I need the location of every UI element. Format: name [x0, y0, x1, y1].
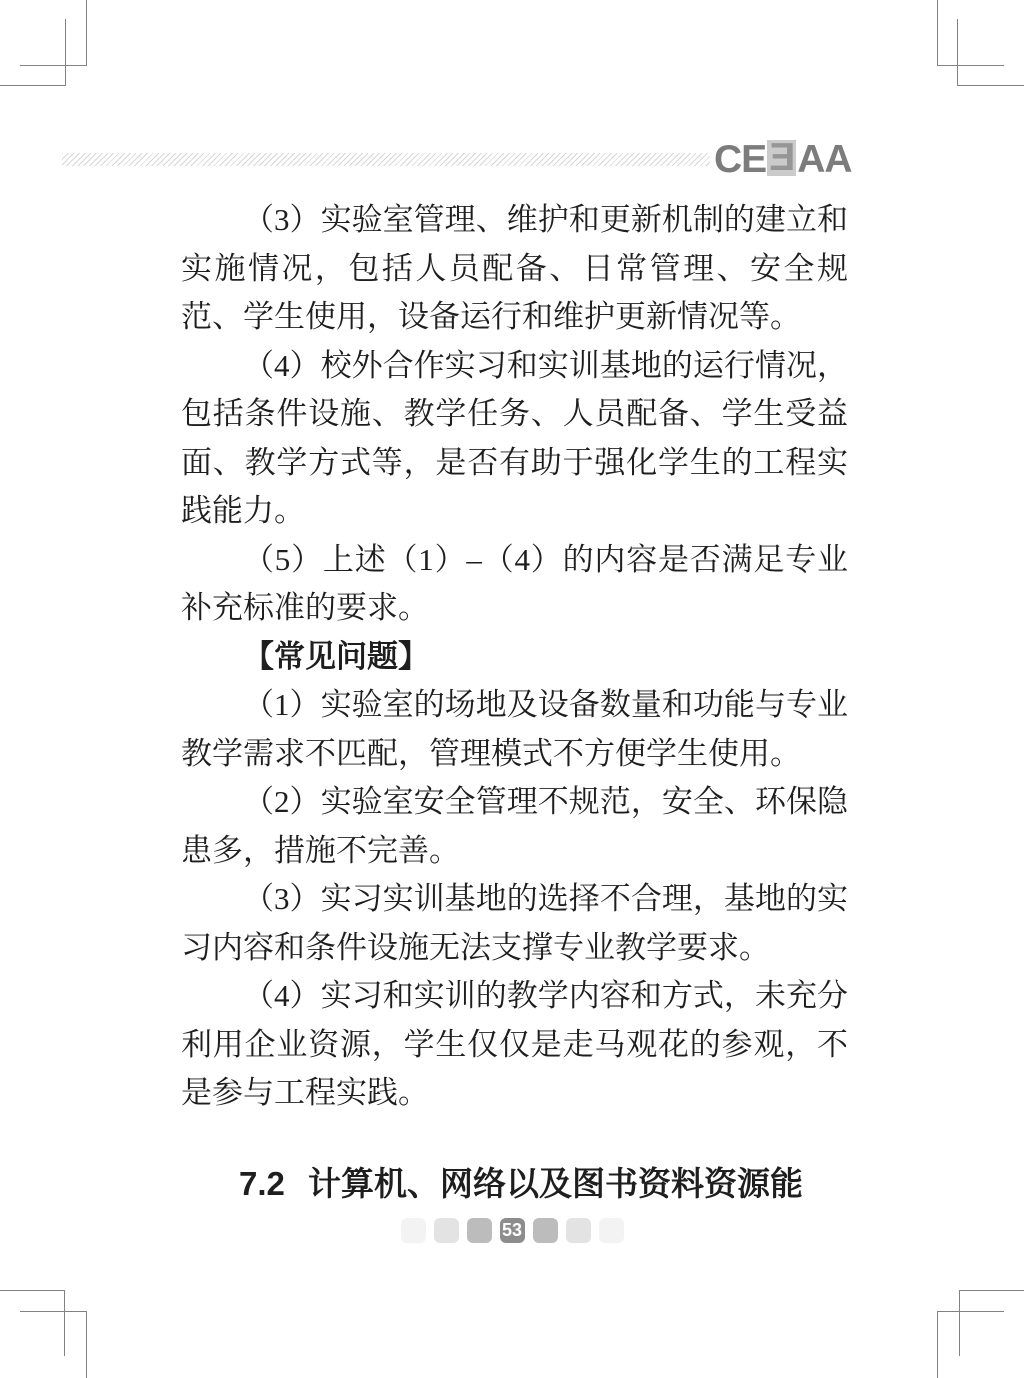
paragraph: （4）实习和实训的教学内容和方式，未充分利用企业资源，学生仅仅是走马观花的参观，…: [181, 972, 848, 1118]
document-page: CEƎAA （3）实验室管理、维护和更新机制的建立和实施情况，包括人员配备、日常…: [0, 0, 1024, 1378]
pager-square: [401, 1218, 426, 1243]
section-number: 7.2: [239, 1165, 285, 1202]
pager-square: [566, 1218, 591, 1243]
subheading-common-problems: 【常见问题】: [181, 633, 848, 682]
crop-mark-top-left-inner: [0, 19, 66, 86]
pager-square: [467, 1218, 492, 1243]
paragraph: （3）实验室管理、维护和更新机制的建立和实施情况，包括人员配备、日常管理、安全规…: [181, 196, 848, 342]
page-number-badge: 53: [500, 1218, 525, 1243]
section-title: 计算机、网络以及图书资料资源能: [308, 1165, 803, 1202]
logo-text-middle: Ǝ: [767, 140, 796, 176]
pager-square: [599, 1218, 624, 1243]
ceeaa-logo: CEƎAA: [714, 139, 854, 181]
header-hatched-rule: [62, 153, 710, 166]
pager-square: [533, 1218, 558, 1243]
section-heading-7-2: 7.2计算机、网络以及图书资料资源能: [181, 1160, 848, 1208]
page-number: 53: [502, 1220, 522, 1241]
pager-square: [434, 1218, 459, 1243]
crop-mark-top-right-inner: [957, 19, 1024, 86]
paragraph: （3）实习实训基地的选择不合理，基地的实习内容和条件设施无法支撑专业教学要求。: [181, 875, 848, 972]
paragraph: （4）校外合作实习和实训基地的运行情况，包括条件设施、教学任务、人员配备、学生受…: [181, 342, 848, 536]
logo-text-right: AA: [797, 138, 851, 181]
paragraph: （5）上述（1）–（4）的内容是否满足专业补充标准的要求。: [181, 536, 848, 633]
crop-mark-bottom-left-inner: [0, 1290, 65, 1356]
page-footer-pager: 53: [0, 1217, 1024, 1243]
logo-text-left: CE: [714, 138, 766, 181]
paragraph: （2）实验室安全管理不规范，安全、环保隐患多，措施不完善。: [181, 778, 848, 875]
crop-mark-bottom-right-inner: [959, 1290, 1024, 1356]
paragraph: （1）实验室的场地及设备数量和功能与专业教学需求不匹配，管理模式不方便学生使用。: [181, 681, 848, 778]
page-body-text: （3）实验室管理、维护和更新机制的建立和实施情况，包括人员配备、日常管理、安全规…: [181, 196, 848, 1208]
